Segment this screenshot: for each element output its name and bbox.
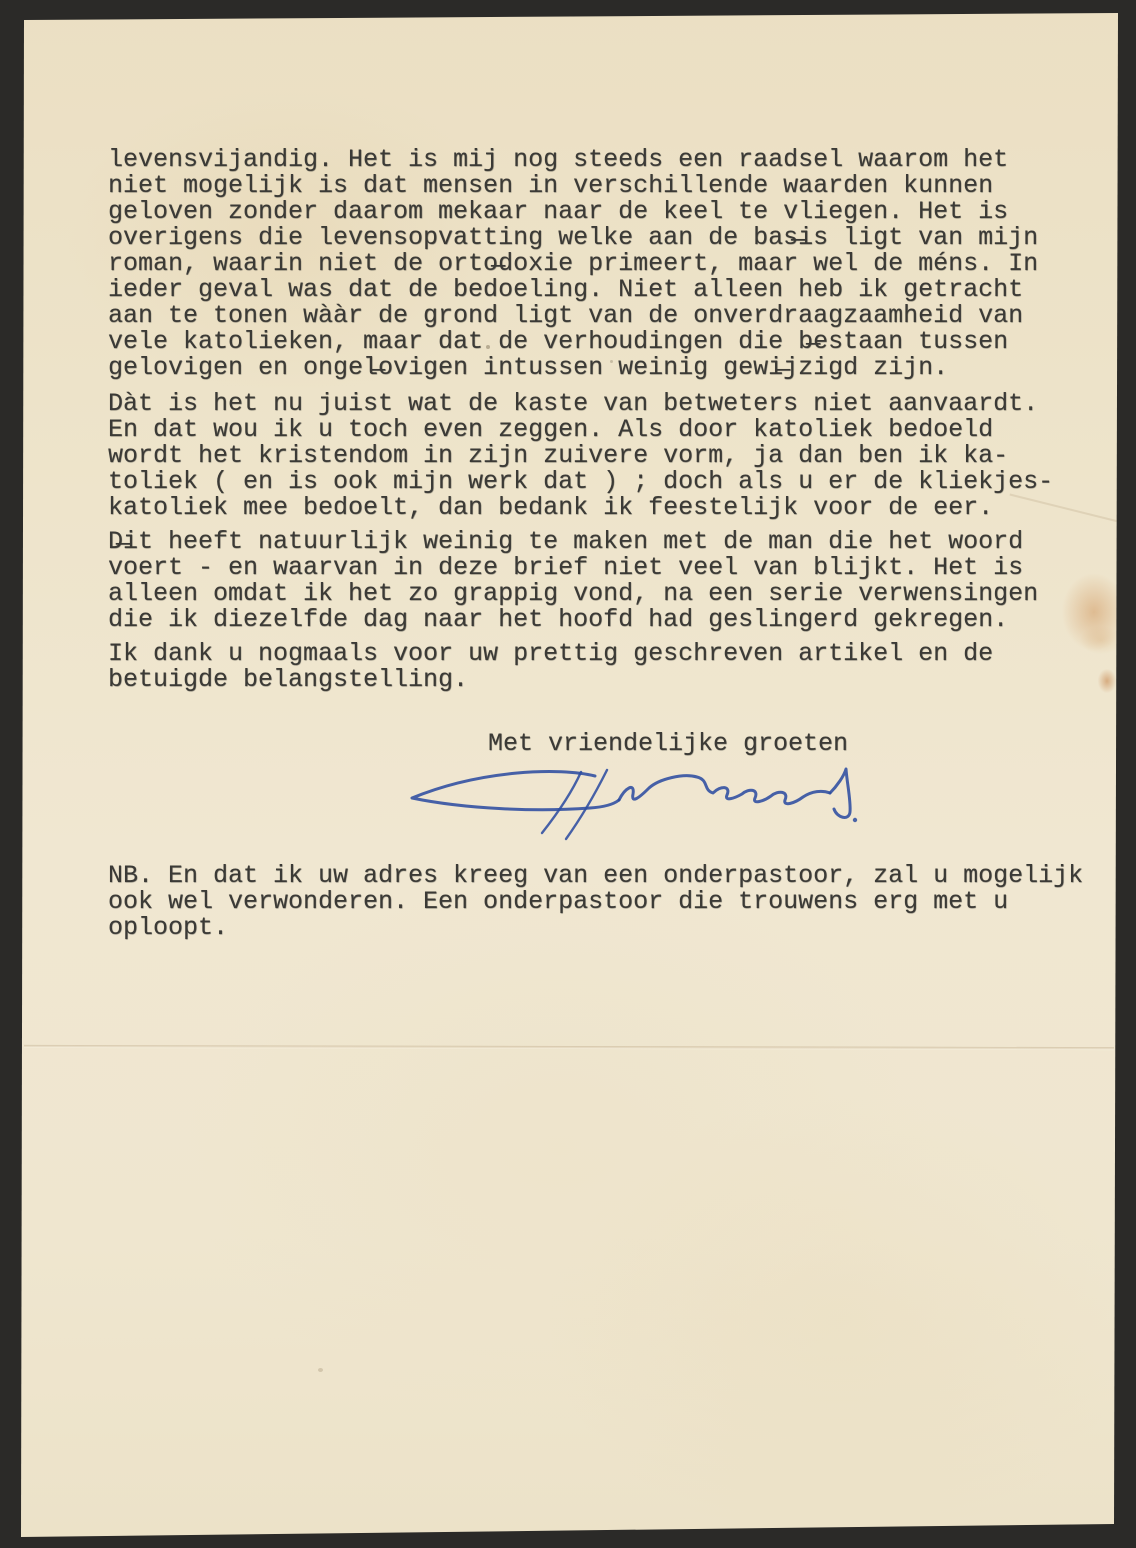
- letter-paragraph-2: Dàt is het nu juist wat de kaste van bet…: [108, 391, 1053, 521]
- letter-paragraph-4: Ik dank u nogmaals voor uw prettig gesch…: [108, 641, 993, 693]
- closing-salutation: Met vriendelijke groeten: [488, 731, 848, 757]
- letter-paragraph-1: levensvijandig. Het is mij nog steeds ee…: [108, 147, 1038, 381]
- letter-scan: levensvijandig. Het is mij nog steeds ee…: [0, 0, 1136, 1548]
- paper-fold-line: [24, 1045, 1114, 1050]
- postscript: NB. En dat ik uw adres kreeg van een ond…: [108, 863, 1083, 941]
- paper-speck: [318, 1368, 323, 1372]
- letter-paragraph-3: D̶it heeft natuurlijk weinig te maken me…: [108, 529, 1038, 633]
- handwritten-signature: [385, 756, 885, 851]
